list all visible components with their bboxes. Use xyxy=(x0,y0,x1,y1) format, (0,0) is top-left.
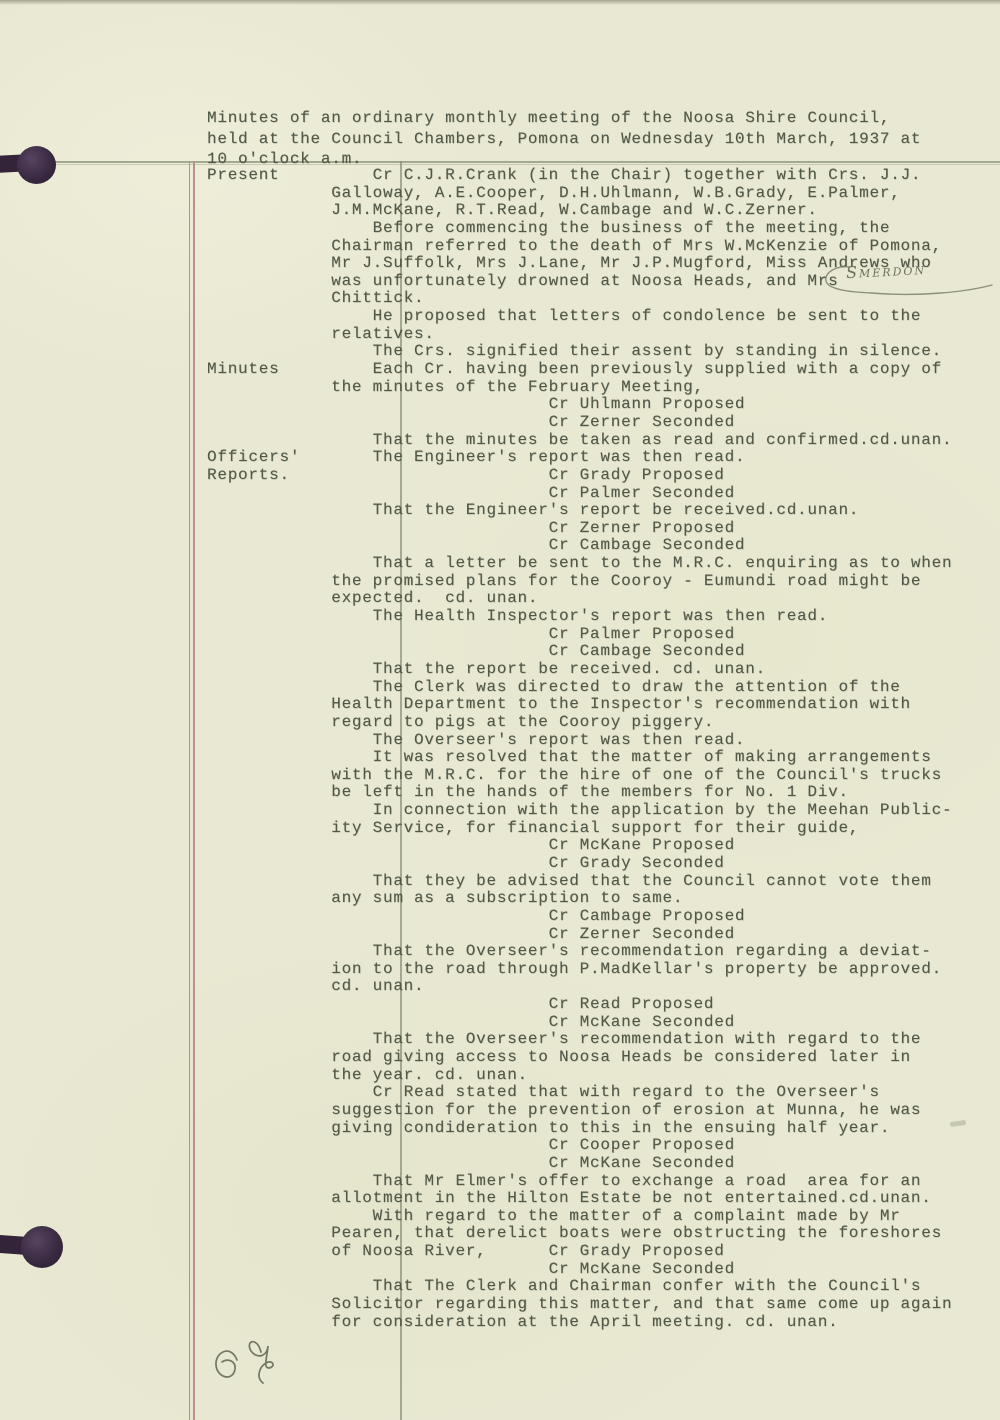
typed-text: Cr McKane Seconded xyxy=(207,1260,735,1278)
typed-text: It was resolved that the matter of makin… xyxy=(207,748,932,766)
typed-text: That the Engineer's report be received.c… xyxy=(207,501,859,519)
typed-line: ion to the road through P.MadKellar's pr… xyxy=(207,961,952,979)
typed-text: That Mr Elmer's offer to exchange a road… xyxy=(207,1172,921,1190)
typed-line: Cr Grady Seconded xyxy=(207,855,952,873)
minutes-body: Present Cr C.J.R.Crank (in the Chair) to… xyxy=(207,167,952,1331)
typed-text: The Engineer's report was then read. xyxy=(300,448,745,466)
typed-text: Cr McKane Seconded xyxy=(207,1013,735,1031)
scanned-minutes-page: Minutes of an ordinary monthly meeting o… xyxy=(0,0,1000,1420)
typed-text: Cr Cooper Proposed xyxy=(207,1136,735,1154)
typed-text: Cr McKane Seconded xyxy=(207,1154,735,1172)
typed-line: regard to pigs at the Cooroy piggery. xyxy=(207,714,952,732)
typed-line: Solicitor regarding this matter, and tha… xyxy=(207,1296,952,1314)
typed-text: J.M.McKane, R.T.Read, W.Cambage and W.C.… xyxy=(207,201,818,219)
typed-text: Cr Cambage Seconded xyxy=(207,642,745,660)
typed-text: That the report be received. cd. unan. xyxy=(207,660,766,678)
typed-text: was unfortunately drowned at Noosa Heads… xyxy=(207,272,838,290)
typed-line: Cr Cooper Proposed xyxy=(207,1137,952,1155)
typed-text: for consideration at the April meeting. … xyxy=(207,1313,838,1331)
typed-text: That The Clerk and Chairman confer with … xyxy=(207,1277,921,1295)
typed-line: Cr Cambage Proposed xyxy=(207,908,952,926)
margin-label: Officers' xyxy=(207,448,300,466)
typed-line: Reports. Cr Grady Proposed xyxy=(207,467,952,485)
typed-text: the promised plans for the Cooroy - Eumu… xyxy=(207,572,921,590)
typed-line: any sum as a subscription to same. xyxy=(207,890,952,908)
typed-text: That they be advised that the Council ca… xyxy=(207,872,932,890)
typed-line: That Mr Elmer's offer to exchange a road… xyxy=(207,1173,952,1191)
typed-line: be left in the hands of the members for … xyxy=(207,784,952,802)
typed-text: any sum as a subscription to same. xyxy=(207,889,683,907)
typed-line: Cr McKane Seconded xyxy=(207,1261,952,1279)
typed-text: Cr Read Proposed xyxy=(207,995,714,1013)
typed-line: Cr Cambage Seconded xyxy=(207,537,952,555)
typed-text: Chairman referred to the death of Mrs W.… xyxy=(207,237,942,255)
typed-line: Galloway, A.E.Cooper, D.H.Uhlmann, W.B.G… xyxy=(207,185,952,203)
typed-line: Cr Read Proposed xyxy=(207,996,952,1014)
typed-text: Health Department to the Inspector's rec… xyxy=(207,695,911,713)
typed-text: The Overseer's report was then read. xyxy=(207,731,745,749)
left-margin-rule-rose xyxy=(193,161,195,1420)
typed-text: Cr McKane Proposed xyxy=(207,836,735,854)
typed-line: That the Overseer's recommendation with … xyxy=(207,1031,952,1049)
typed-line: The Overseer's report was then read. xyxy=(207,732,952,750)
typed-text: With regard to the matter of a complaint… xyxy=(207,1207,901,1225)
typed-line: Cr McKane Seconded xyxy=(207,1014,952,1032)
typed-text: Cr Grady Seconded xyxy=(207,854,725,872)
binder-fastener-head-bottom xyxy=(21,1226,63,1268)
typed-line: giving condideration to this in the ensu… xyxy=(207,1120,952,1138)
typed-text: Before commencing the business of the me… xyxy=(207,219,890,237)
typed-line: for consideration at the April meeting. … xyxy=(207,1314,952,1332)
typed-line: Cr Palmer Seconded xyxy=(207,485,952,503)
handwritten-corner-mark xyxy=(203,1330,293,1398)
typed-text: Cr Uhlmann Proposed xyxy=(207,395,745,413)
typed-line: That the minutes be taken as read and co… xyxy=(207,432,952,450)
typed-text: Cr Grady Proposed xyxy=(290,466,725,484)
typed-line: Minutes Each Cr. having been previously … xyxy=(207,361,952,379)
typed-text: Pearen, that derelict boats were obstruc… xyxy=(207,1224,942,1242)
typed-line: He proposed that letters of condolence b… xyxy=(207,308,952,326)
left-margin-rule-green xyxy=(189,161,190,1420)
typed-line: of Noosa River, Cr Grady Proposed xyxy=(207,1243,952,1261)
typed-line: suggestion for the prevention of erosion… xyxy=(207,1102,952,1120)
typed-line: relatives. xyxy=(207,326,952,344)
typed-text: Cr Zerner Seconded xyxy=(207,925,735,943)
typed-line: Cr Uhlmann Proposed xyxy=(207,396,952,414)
margin-label: Minutes xyxy=(207,360,279,378)
typed-line: allotment in the Hilton Estate be not en… xyxy=(207,1190,952,1208)
typed-text: He proposed that letters of condolence b… xyxy=(207,307,921,325)
typed-line: road giving access to Noosa Heads be con… xyxy=(207,1049,952,1067)
typed-text: the minutes of the February Meeting, xyxy=(207,378,704,396)
typed-text: That the Overseer's recommendation with … xyxy=(207,1030,921,1048)
typed-line: The Clerk was directed to draw the atten… xyxy=(207,679,952,697)
typed-line: Cr Palmer Proposed xyxy=(207,626,952,644)
typed-text: Cr Cambage Seconded xyxy=(207,536,745,554)
typed-text: The Clerk was directed to draw the atten… xyxy=(207,678,901,696)
typed-text: suggestion for the prevention of erosion… xyxy=(207,1101,921,1119)
typed-line: That a letter be sent to the M.R.C. enqu… xyxy=(207,555,952,573)
document-header: Minutes of an ordinary monthly meeting o… xyxy=(207,108,921,170)
typed-text: The Health Inspector's report was then r… xyxy=(207,607,828,625)
typed-line: Health Department to the Inspector's rec… xyxy=(207,696,952,714)
typed-text: giving condideration to this in the ensu… xyxy=(207,1119,890,1137)
typed-line: cd. unan. xyxy=(207,978,952,996)
typed-text: of Noosa River, Cr Grady Proposed xyxy=(207,1242,725,1260)
typed-text: be left in the hands of the members for … xyxy=(207,783,849,801)
typed-text: Cr Zerner Seconded xyxy=(207,413,735,431)
typed-line: The Health Inspector's report was then r… xyxy=(207,608,952,626)
typed-text: cd. unan. xyxy=(207,977,424,995)
typed-line: It was resolved that the matter of makin… xyxy=(207,749,952,767)
typed-line: Officers' The Engineer's report was then… xyxy=(207,449,952,467)
typed-text: with the M.R.C. for the hire of one of t… xyxy=(207,766,942,784)
typed-line: Cr Zerner Proposed xyxy=(207,520,952,538)
typed-text: The Crs. signified their assent by stand… xyxy=(207,342,942,360)
typed-line: with the M.R.C. for the hire of one of t… xyxy=(207,767,952,785)
typed-line: With regard to the matter of a complaint… xyxy=(207,1208,952,1226)
typed-line: Chairman referred to the death of Mrs W.… xyxy=(207,238,952,256)
margin-label: Reports. xyxy=(207,466,290,484)
typed-text: Galloway, A.E.Cooper, D.H.Uhlmann, W.B.G… xyxy=(207,184,901,202)
typed-text: That a letter be sent to the M.R.C. enqu… xyxy=(207,554,952,572)
typed-line: That the Overseer's recommendation regar… xyxy=(207,943,952,961)
typed-line: Cr Cambage Seconded xyxy=(207,643,952,661)
typed-line: That The Clerk and Chairman confer with … xyxy=(207,1278,952,1296)
typed-line: the promised plans for the Cooroy - Eumu… xyxy=(207,573,952,591)
typed-line: expected. cd. unan. xyxy=(207,590,952,608)
typed-text: Solicitor regarding this matter, and tha… xyxy=(207,1295,952,1313)
typed-line: In connection with the application by th… xyxy=(207,802,952,820)
typed-text: expected. cd. unan. xyxy=(207,589,538,607)
typed-line: the minutes of the February Meeting, xyxy=(207,379,952,397)
typed-line: Cr McKane Proposed xyxy=(207,837,952,855)
typed-line: J.M.McKane, R.T.Read, W.Cambage and W.C.… xyxy=(207,202,952,220)
typed-text: That the Overseer's recommendation regar… xyxy=(207,942,932,960)
typed-text: Cr Palmer Proposed xyxy=(207,625,735,643)
typed-line: That the Engineer's report be received.c… xyxy=(207,502,952,520)
binder-fastener-head-top xyxy=(17,146,56,184)
typed-text: road giving access to Noosa Heads be con… xyxy=(207,1048,911,1066)
typed-line: Present Cr C.J.R.Crank (in the Chair) to… xyxy=(207,167,952,185)
typed-line: Before commencing the business of the me… xyxy=(207,220,952,238)
typed-line: Pearen, that derelict boats were obstruc… xyxy=(207,1225,952,1243)
typed-line: The Crs. signified their assent by stand… xyxy=(207,343,952,361)
typed-line: Cr Zerner Seconded xyxy=(207,926,952,944)
typed-text: Cr Read stated that with regard to the O… xyxy=(207,1083,880,1101)
typed-text: allotment in the Hilton Estate be not en… xyxy=(207,1189,932,1207)
header-line: Minutes of an ordinary monthly meeting o… xyxy=(207,108,921,129)
typed-text: relatives. xyxy=(207,325,435,343)
header-line: held at the Council Chambers, Pomona on … xyxy=(207,129,921,150)
typed-text: regard to pigs at the Cooroy piggery. xyxy=(207,713,714,731)
typed-text: Cr C.J.R.Crank (in the Chair) together w… xyxy=(279,166,921,184)
typed-text: ity Service, for financial support for t… xyxy=(207,819,859,837)
typed-text: Chittick. xyxy=(207,289,424,307)
typed-line: Cr Zerner Seconded xyxy=(207,414,952,432)
typed-line: the year. cd. unan. xyxy=(207,1067,952,1085)
typed-line: ity Service, for financial support for t… xyxy=(207,820,952,838)
margin-label: Present xyxy=(207,166,279,184)
typed-line: Cr Read stated that with regard to the O… xyxy=(207,1084,952,1102)
typed-text: In connection with the application by th… xyxy=(207,801,952,819)
scan-smudge xyxy=(950,1120,967,1127)
typed-line: That the report be received. cd. unan. xyxy=(207,661,952,679)
typed-text: That the minutes be taken as read and co… xyxy=(207,431,952,449)
typed-line: That they be advised that the Council ca… xyxy=(207,873,952,891)
typed-text: the year. cd. unan. xyxy=(207,1066,528,1084)
typed-text: Cr Palmer Seconded xyxy=(207,484,735,502)
page-top-edge xyxy=(0,0,1000,5)
typed-text: Cr Zerner Proposed xyxy=(207,519,735,537)
handwritten-annotation: Smerdon xyxy=(840,259,1000,301)
typed-text: ion to the road through P.MadKellar's pr… xyxy=(207,960,942,978)
typed-line: Cr McKane Seconded xyxy=(207,1155,952,1173)
typed-text: Each Cr. having been previously supplied… xyxy=(279,360,942,378)
typed-text: Cr Cambage Proposed xyxy=(207,907,745,925)
